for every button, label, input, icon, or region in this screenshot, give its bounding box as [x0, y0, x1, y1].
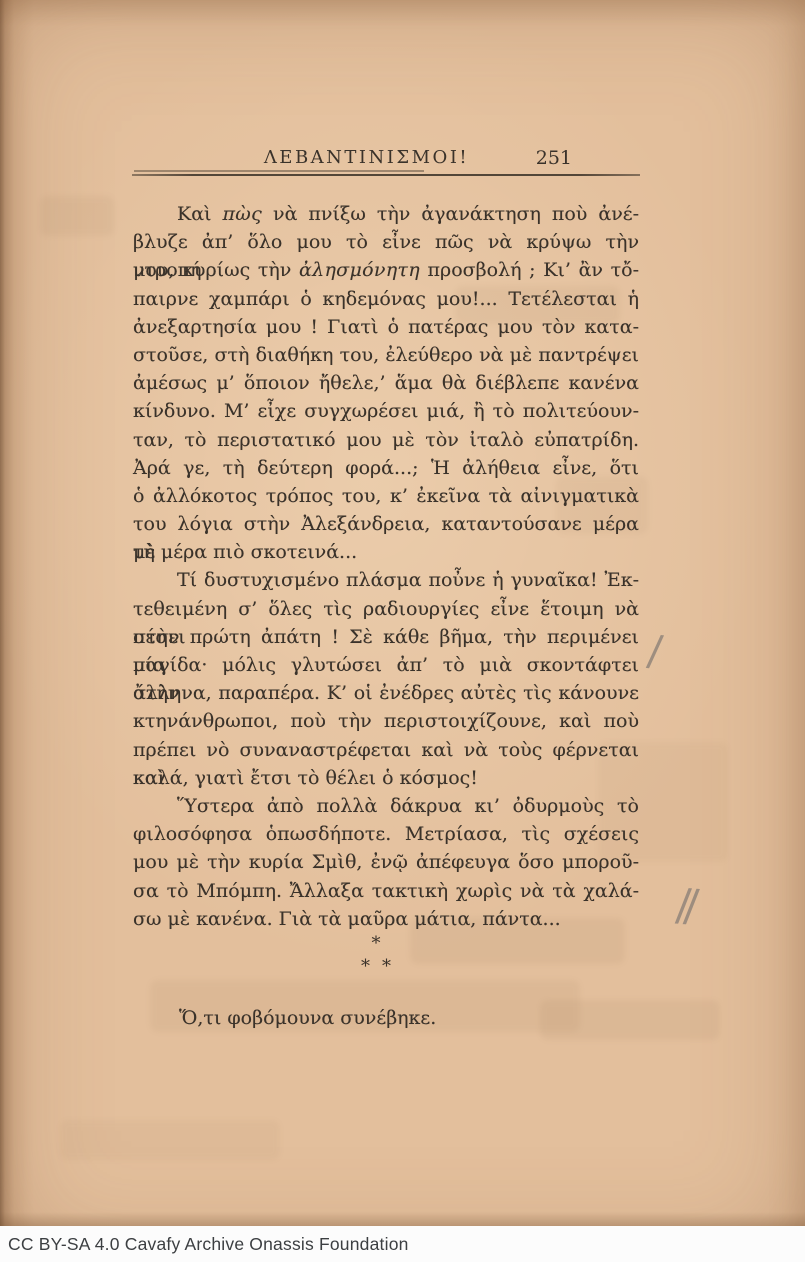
text-line: μου μὲ τὴν κυρία Σμὶθ, ἐνῷ ἀπέφευγα ὅσο …: [133, 848, 639, 876]
text-line: του λόγια στὴν Ἀλεξάνδρεια, καταντούσανε…: [133, 510, 639, 538]
text-line: πρέπει νὸ συναναστρέφεται καὶ νὰ τοὺς φέ…: [133, 736, 639, 764]
text-line: Ὕστερα ἀπὸ πολλὰ δάκρυα κι’ ὀδυρμοὺς τὸ: [133, 792, 639, 820]
paper-bottom-edge: [0, 1212, 805, 1226]
text-line: Τί δυστυχισμένο πλάσμα ποὖνε ἡ γυναῖκα! …: [133, 566, 639, 594]
text-line: βλυζε ἀπ’ ὅλο μου τὸ εἶνε πῶς νὰ κρύψω τ…: [133, 228, 639, 256]
text-line: ἀνεξαρτησία μου ! Γιατὶ ὁ πατέρας μου τὸ…: [133, 313, 639, 341]
text-line: τὴ μέρα πιὸ σκοτεινά...: [133, 538, 639, 566]
closing-sentence: Ὅ,τι φοβόμουνα συνέβηκε.: [133, 1004, 639, 1032]
text-line: τεθειμένη σ’ ὅλες τὶς ραδιουργίες εἶνε ἕ…: [133, 595, 639, 623]
text-line: σα τὸ Μπόμπη. Ἄλλαξα τακτικὴ χωρὶς νὰ τὰ…: [133, 877, 639, 905]
text-line: στοῦσε, στὴ διαθήκη του, ἐλεύθερο νὰ μὲ …: [133, 341, 639, 369]
text-line: μου, κυρίως τὴν ἀλησμόνητη προσβολή ; Κι…: [133, 256, 639, 284]
scanned-book-page: ΛΕΒΑΝΤΙΝΙΣΜΟΙ! 251 Καὶ πὼς νὰ πνίξω τὴν …: [0, 0, 805, 1262]
text-line: παγίδα· μόλις γλυτώσει ἀπ’ τὸ μιὰ σκοντά…: [133, 651, 639, 679]
attribution-bar: CC BY-SA 4.0 Cavafy Archive Onassis Foun…: [0, 1226, 805, 1262]
text-line: φιλοσόφησα ὁπωσδήποτε. Μετρίασα, τὶς σχέ…: [133, 820, 639, 848]
header-rule: [132, 174, 640, 176]
text-line: ταν, τὸ περιστατικό μου μὲ τὸν ἰταλὸ εὐπ…: [133, 426, 639, 454]
text-line: ὁ ἀλλόκοτος τρόπος του, κ’ ἐκεῖνα τὰ αἰν…: [133, 482, 639, 510]
text-line: παιρνε χαμπάρι ὁ κηδεμόνας μου!... Τετέλ…: [133, 285, 639, 313]
text-line: στὴν πρώτη ἀπάτη ! Σὲ κάθε βῆμα, τὴν περ…: [133, 623, 639, 651]
pencil-double-slash-mark: //: [674, 880, 693, 932]
section-separator: * **: [123, 933, 629, 977]
separator-asterisk-right: *: [382, 959, 391, 975]
text-line: ἀμέσως μ’ ὅποιον ἤθελε,’ ἅμα θὰ διέβλεπε…: [133, 369, 639, 397]
separator-asterisk-left: *: [361, 959, 370, 975]
text-line: καλά, γιατὶ ἔτσι τὸ θέλει ὁ κόσμος!: [133, 764, 639, 792]
text-line: Ἀρά γε, τὴ δεύτερη φορά...; Ἡ ἀλήθεια εἶ…: [133, 454, 639, 482]
text-line: Καὶ πὼς νὰ πνίξω τὴν ἀγανάκτηση ποὺ ἀνέ-: [133, 200, 639, 228]
text-line: κτηνάνθρωποι, ποὺ τὴν περιστοιχίζουνε, κ…: [133, 707, 639, 735]
separator-asterisk-top: *: [372, 936, 381, 952]
text-line: σω μὲ κανένα. Γιὰ τὰ μαῦρα μάτια, πάντα.…: [133, 905, 639, 933]
license-text: CC BY-SA 4.0 Cavafy Archive Onassis Foun…: [0, 1234, 409, 1254]
text-line: ἄλληνα, παραπέρα. Κ’ οἱ ἐνέδρες αὐτὲς τὶ…: [133, 679, 639, 707]
pencil-slash-mark: /: [645, 625, 665, 675]
show-through-artifact: [60, 1120, 280, 1160]
show-through-artifact: [40, 196, 114, 236]
text-line: κίνδυνο. Μ’ εἶχε συγχωρέσει μιά, ἢ τὸ πο…: [133, 397, 639, 425]
page-number: 251: [480, 147, 572, 171]
text-block: Καὶ πὼς νὰ πνίξω τὴν ἀγανάκτηση ποὺ ἀνέ-…: [133, 200, 639, 933]
